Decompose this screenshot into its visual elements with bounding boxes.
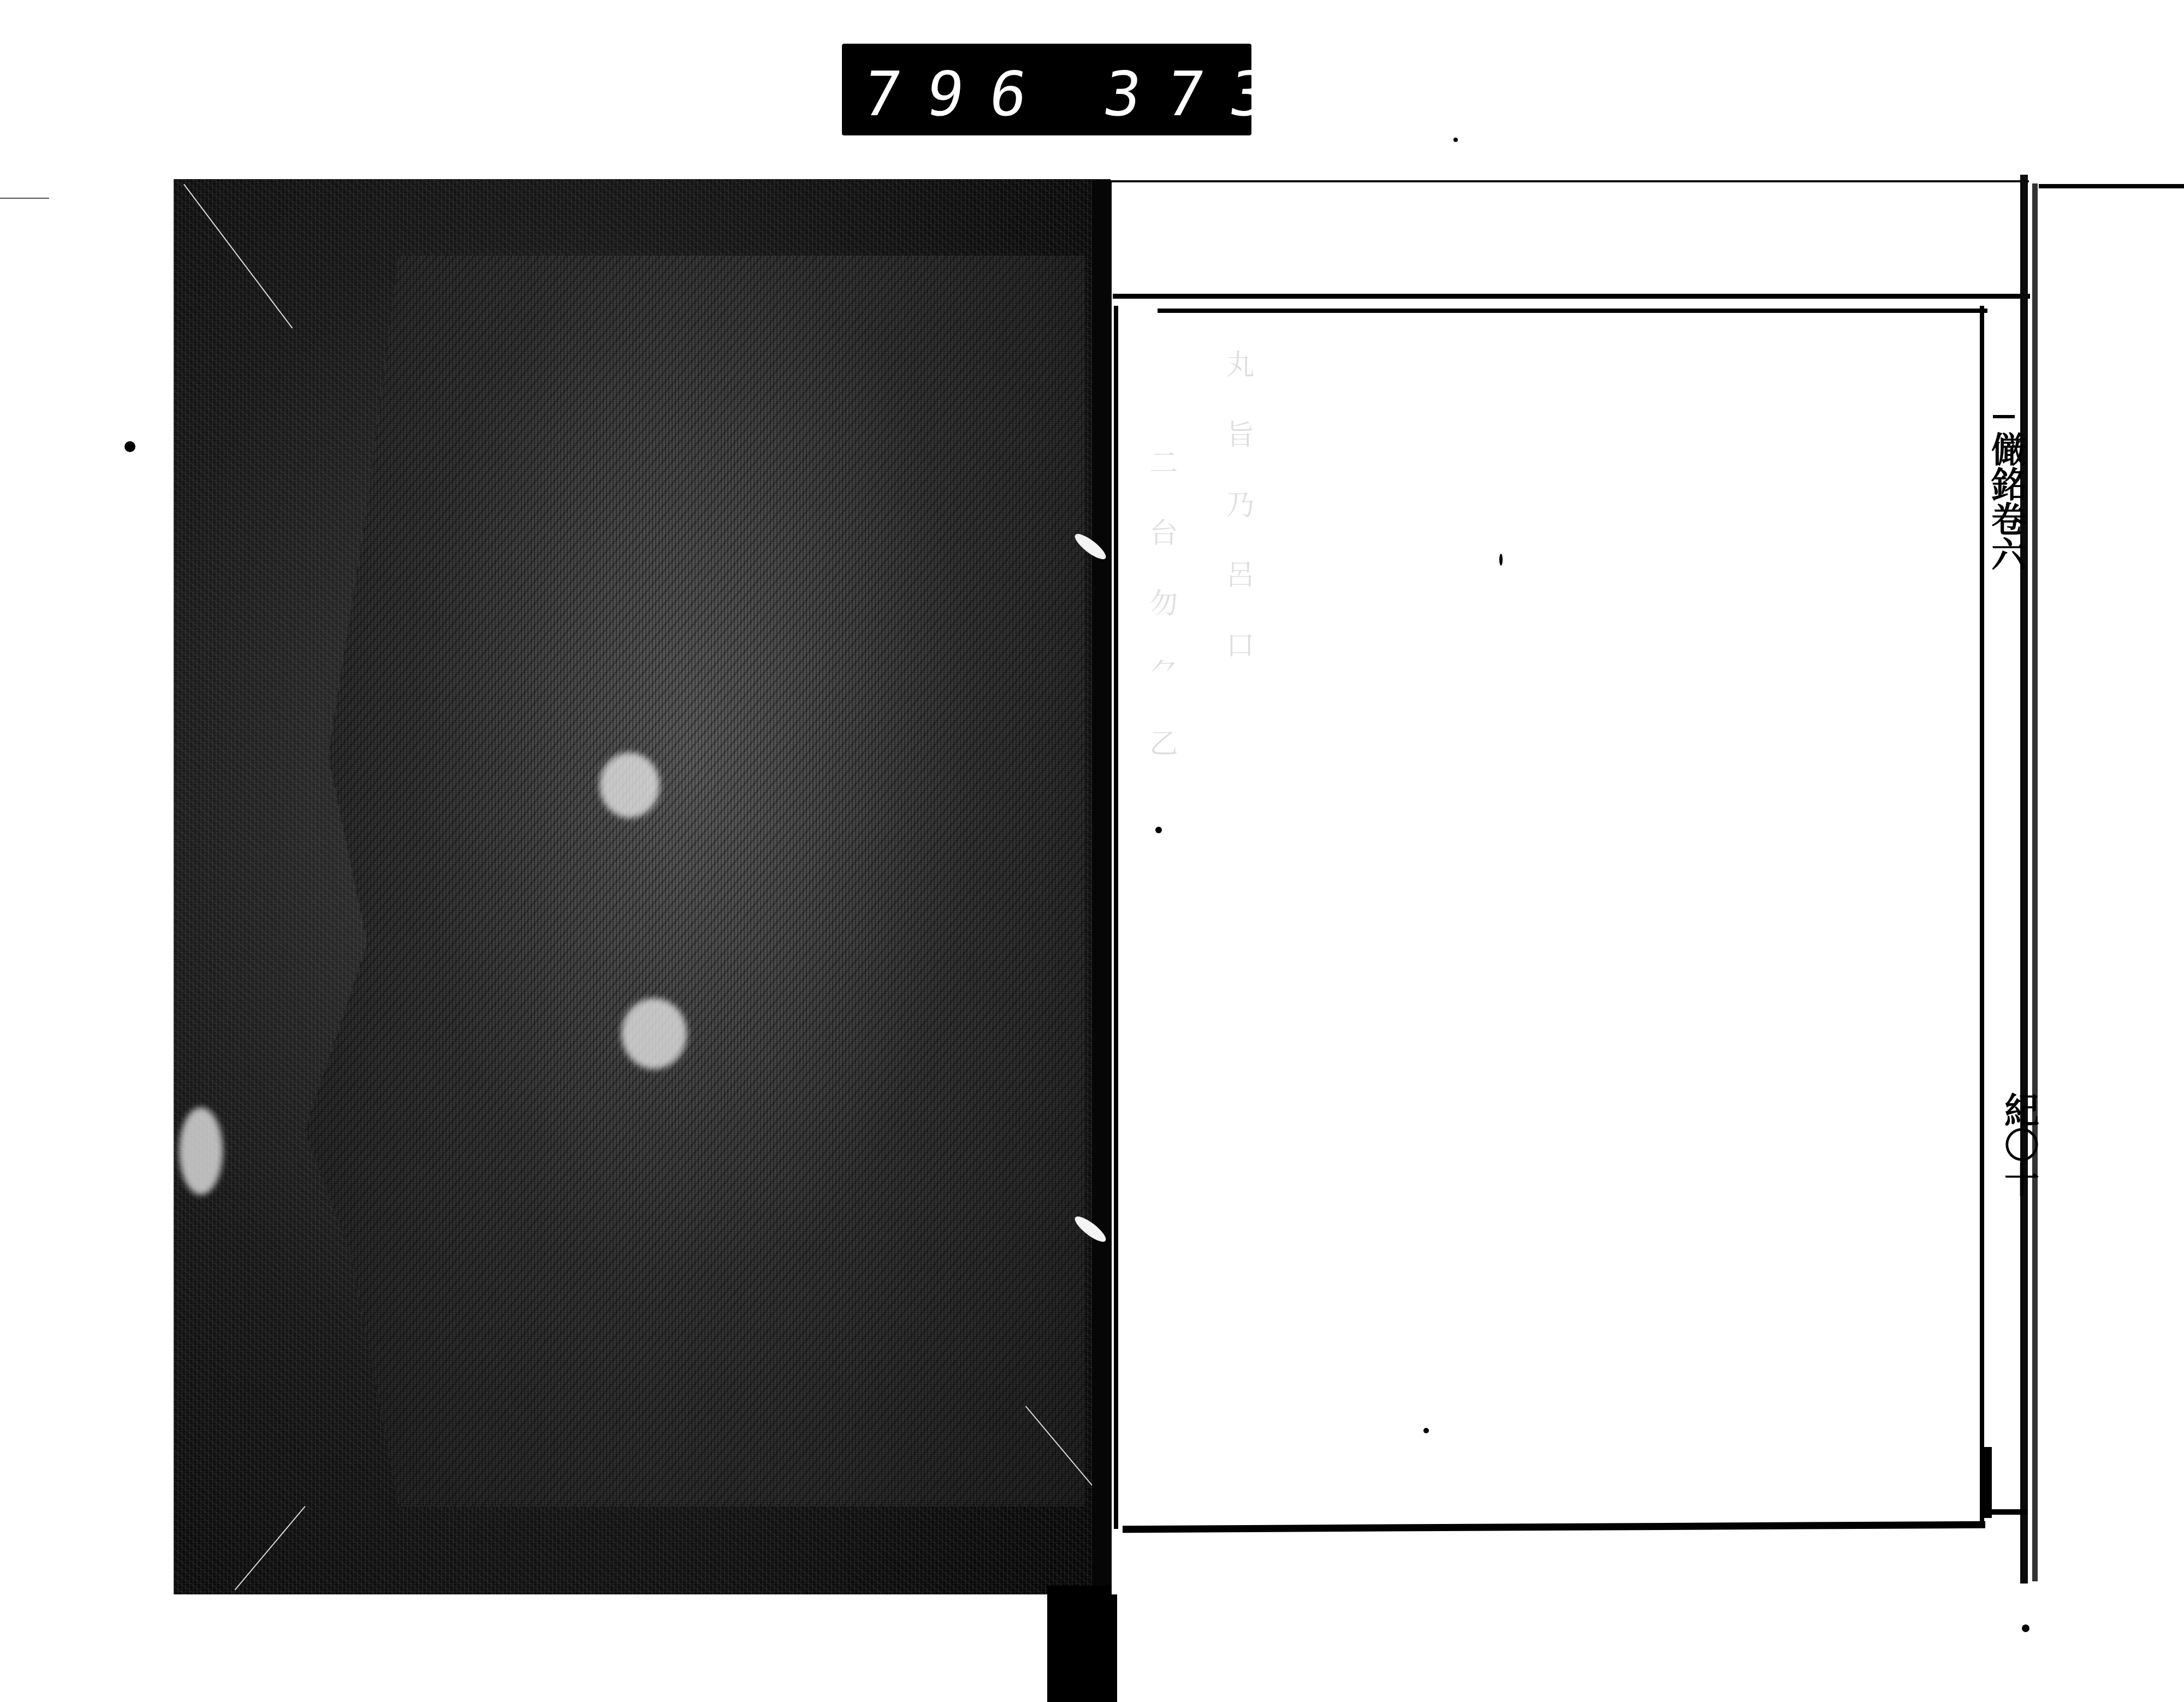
scan-speck: [124, 441, 135, 452]
scan-speck: [2022, 1624, 2029, 1632]
margin-rule: [1993, 415, 2015, 418]
page-frame-left: [1114, 306, 1118, 1529]
book-cover: [174, 179, 1111, 1594]
cover-wear-spot: [600, 752, 660, 818]
page-frame-right: [1980, 306, 1984, 1527]
margin-folio-mark: 紀〇十: [2005, 1092, 2038, 1197]
bleed-through-text: 丸 旨 乃 呂 口: [1223, 349, 1251, 675]
reel-number-left: 796: [859, 59, 1058, 130]
scan-edge-line: [2039, 184, 2184, 188]
scan-speck: [1423, 1428, 1429, 1433]
scan-speck: [1499, 554, 1503, 566]
reel-label: 796 373.: [842, 44, 1251, 135]
page-frame-top: [1113, 294, 2030, 299]
page-frame-corner: [1981, 1447, 1992, 1518]
book-spine: [1092, 180, 1114, 1594]
page-top-edge: [1112, 180, 2029, 182]
cover-panel-texture: [305, 256, 1085, 1506]
cover-wear-spot: [179, 1107, 223, 1195]
margin-title: 𠑊銘卷六: [1990, 431, 2023, 571]
reel-number-right: 373.: [1099, 59, 1361, 130]
page-edge-stack: [2032, 183, 2038, 1581]
cover-wear-spot: [621, 998, 687, 1069]
cover-panel: [305, 256, 1085, 1506]
scan-speck: [1155, 827, 1162, 833]
scan-edge-line: [0, 198, 49, 199]
scan-speck: [1453, 138, 1458, 142]
page-frame-corner: [1984, 1509, 2028, 1515]
spine-tab: [1047, 1586, 1117, 1702]
page-frame-inner-top: [1158, 309, 1987, 313]
bleed-through-text: 二 台 勿 ⺈ 乙: [1147, 448, 1175, 773]
page-edge-stack: [2020, 175, 2028, 1584]
